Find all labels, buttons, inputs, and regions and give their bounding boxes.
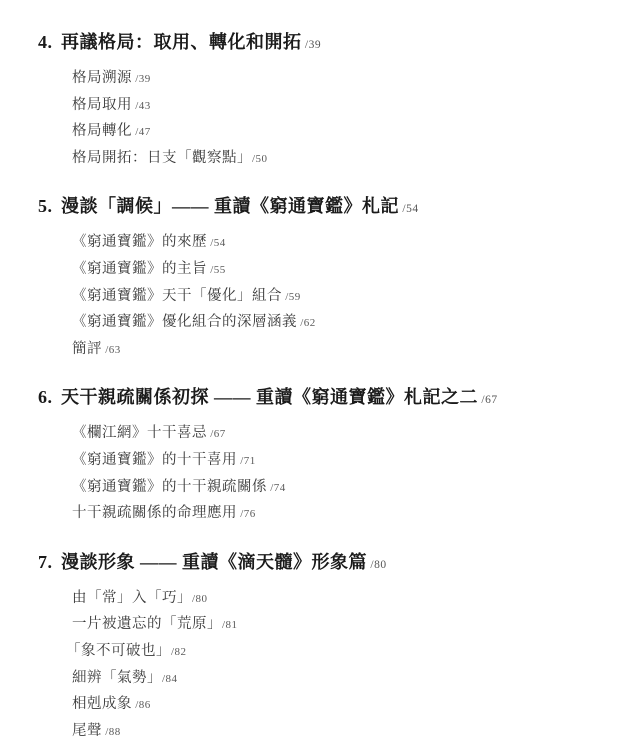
section-heading: 5.漫談「調候」—— 重讀《窮通寶鑑》札記 /54 [38, 194, 617, 221]
section-number: 5. [38, 194, 61, 218]
toc-entry: 「象不可破也」/82 [66, 639, 617, 666]
entry-label: 《窮通寶鑑》的十干親疏關係 [72, 479, 267, 495]
entry-page-number: /71 [237, 455, 256, 467]
entry-label: 簡評 [72, 341, 102, 357]
toc-entry: 格局溯源 /39 [72, 66, 617, 93]
toc-entry: 《欄江網》十干喜忌 /67 [72, 421, 617, 448]
entry-page-number: /63 [102, 344, 121, 356]
toc-entry: 一片被遺忘的「荒原」/81 [72, 612, 617, 639]
section-page-number: /80 [367, 559, 387, 571]
entry-label: 《窮通寶鑑》的十干喜用 [72, 452, 237, 468]
toc-entry: 相剋成象 /86 [72, 692, 617, 719]
entry-page-number: /74 [267, 482, 286, 494]
section-heading: 7.漫談形象 —— 重讀《滴天髓》形象篇 /80 [38, 550, 617, 577]
entry-label: 《窮通寶鑑》天干「優化」組合 [72, 288, 282, 304]
entry-page-number: /76 [237, 508, 256, 520]
entry-page-number: /47 [132, 126, 151, 138]
toc-entry: 《窮通寶鑑》的來歷 /54 [72, 230, 617, 257]
toc-entry: 《窮通寶鑑》優化組合的深層涵義 /62 [72, 310, 617, 337]
section-number: 7. [38, 550, 61, 574]
entry-page-number: /80 [192, 593, 208, 605]
toc-section: 7.漫談形象 —— 重讀《滴天髓》形象篇 /80由「常」入「巧」/80一片被遺忘… [38, 550, 617, 746]
section-page-number: /54 [399, 203, 419, 215]
section-page-number: /39 [302, 39, 322, 51]
toc-entry: 格局開拓：日支「觀察點」/50 [72, 146, 617, 173]
entry-label: 格局溯源 [72, 70, 132, 86]
entry-page-number: /43 [132, 100, 151, 112]
entry-page-number: /86 [132, 699, 151, 711]
toc-entry: 格局轉化 /47 [72, 119, 617, 146]
section-title: 漫談「調候」—— 重讀《窮通寶鑑》札記 [61, 196, 399, 216]
section-entries: 由「常」入「巧」/80一片被遺忘的「荒原」/81「象不可破也」/82細辨「氣勢」… [38, 586, 617, 746]
toc-section: 4.再議格局：取用、轉化和開拓 /39格局溯源 /39格局取用 /43格局轉化 … [38, 30, 617, 172]
entry-page-number: /59 [282, 291, 301, 303]
entry-page-number: /39 [132, 73, 151, 85]
entry-page-number: /55 [207, 264, 226, 276]
toc-entry: 格局取用 /43 [72, 93, 617, 120]
entry-page-number: /50 [252, 153, 268, 165]
section-number: 4. [38, 30, 61, 54]
entry-label: 《窮通寶鑑》的主旨 [72, 261, 207, 277]
toc-entry: 《窮通寶鑑》的十干親疏關係 /74 [72, 475, 617, 502]
entry-label: 細辨「氣勢」 [72, 670, 162, 686]
toc-list: 4.再議格局：取用、轉化和開拓 /39格局溯源 /39格局取用 /43格局轉化 … [38, 30, 617, 745]
section-entries: 《欄江網》十干喜忌 /67《窮通寶鑑》的十干喜用 /71《窮通寶鑑》的十干親疏關… [38, 421, 617, 527]
toc-entry: 《窮通寶鑑》的十干喜用 /71 [72, 448, 617, 475]
toc-section: 5.漫談「調候」—— 重讀《窮通寶鑑》札記 /54《窮通寶鑑》的來歷 /54《窮… [38, 194, 617, 363]
toc-entry: 尾聲 /88 [72, 719, 617, 746]
toc-entry: 十干親疏關係的命理應用 /76 [72, 501, 617, 528]
toc-entry: 簡評 /63 [72, 337, 617, 364]
section-heading: 6.天干親疏關係初探 —— 重讀《窮通寶鑑》札記之二 /67 [38, 385, 617, 412]
section-entries: 《窮通寶鑑》的來歷 /54《窮通寶鑑》的主旨 /55《窮通寶鑑》天干「優化」組合… [38, 230, 617, 363]
section-entries: 格局溯源 /39格局取用 /43格局轉化 /47格局開拓：日支「觀察點」/50 [38, 66, 617, 172]
section-number: 6. [38, 385, 61, 409]
section-title: 再議格局：取用、轉化和開拓 [61, 32, 302, 52]
entry-page-number: /84 [162, 673, 178, 685]
toc-entry: 由「常」入「巧」/80 [72, 586, 617, 613]
entry-label: 「象不可破也」 [66, 643, 171, 659]
toc-entry: 《窮通寶鑑》的主旨 /55 [72, 257, 617, 284]
entry-label: 格局開拓：日支「觀察點」 [72, 150, 252, 166]
entry-label: 相剋成象 [72, 696, 132, 712]
entry-page-number: /88 [102, 726, 121, 738]
entry-label: 格局取用 [72, 97, 132, 113]
entry-label: 《窮通寶鑑》優化組合的深層涵義 [72, 314, 297, 330]
section-title: 天干親疏關係初探 —— 重讀《窮通寶鑑》札記之二 [61, 387, 478, 407]
entry-page-number: /82 [171, 646, 187, 658]
section-title: 漫談形象 —— 重讀《滴天髓》形象篇 [61, 552, 367, 572]
entry-page-number: /62 [297, 317, 316, 329]
entry-label: 《欄江網》十干喜忌 [72, 425, 207, 441]
entry-label: 十干親疏關係的命理應用 [72, 505, 237, 521]
toc-entry: 《窮通寶鑑》天干「優化」組合 /59 [72, 284, 617, 311]
entry-page-number: /67 [207, 428, 226, 440]
entry-label: 《窮通寶鑑》的來歷 [72, 234, 207, 250]
section-heading: 4.再議格局：取用、轉化和開拓 /39 [38, 30, 617, 57]
toc-section: 6.天干親疏關係初探 —— 重讀《窮通寶鑑》札記之二 /67《欄江網》十干喜忌 … [38, 385, 617, 527]
book-toc-page: 4.再議格局：取用、轉化和開拓 /39格局溯源 /39格局取用 /43格局轉化 … [0, 0, 637, 746]
entry-page-number: /54 [207, 237, 226, 249]
entry-label: 格局轉化 [72, 123, 132, 139]
entry-label: 由「常」入「巧」 [72, 590, 192, 606]
entry-label: 尾聲 [72, 723, 102, 739]
section-page-number: /67 [478, 394, 498, 406]
entry-page-number: /81 [222, 619, 238, 631]
toc-entry: 細辨「氣勢」/84 [72, 666, 617, 693]
entry-label: 一片被遺忘的「荒原」 [72, 616, 222, 632]
